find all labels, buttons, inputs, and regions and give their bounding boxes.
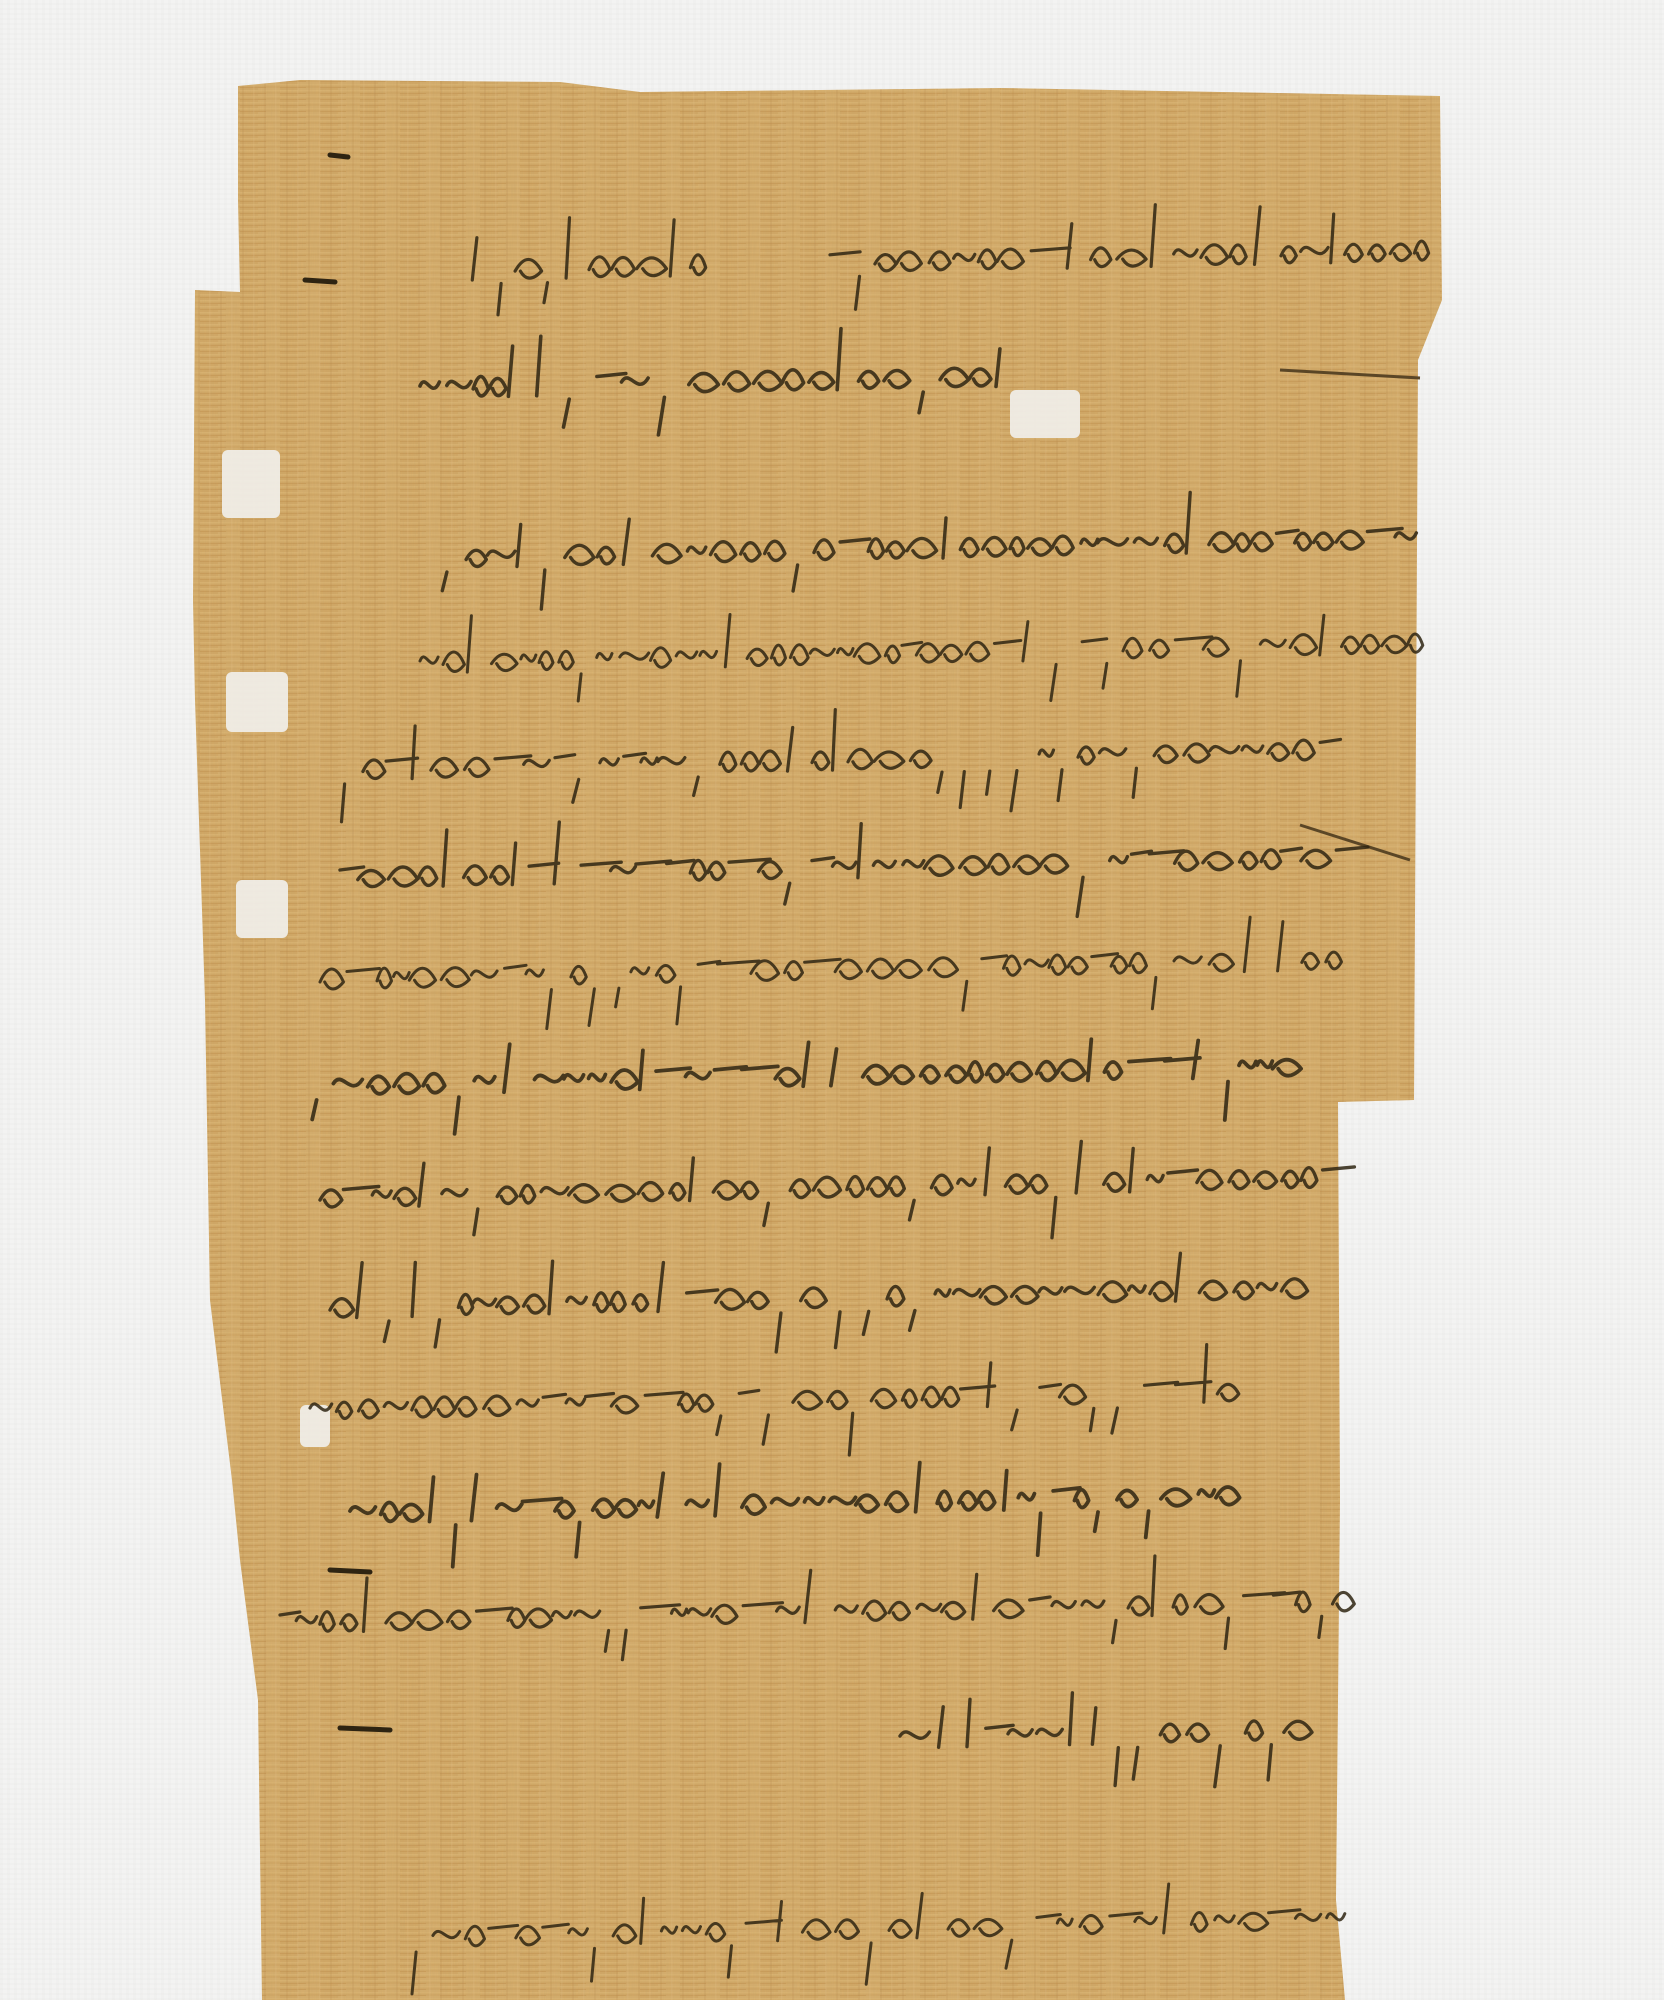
papyrus-hole: [236, 880, 288, 938]
papyrus-hole: [226, 672, 288, 732]
papyrus-fragment: [0, 0, 1664, 2000]
papyrus-hole: [1010, 390, 1080, 438]
fiber-noise: [0, 0, 1664, 2000]
margin-mark: [330, 155, 348, 157]
papyrus-sheet: [0, 0, 1664, 2000]
photo-stage: [0, 0, 1664, 2000]
margin-mark: [305, 280, 335, 282]
margin-mark: [340, 1728, 390, 1730]
margin-mark: [330, 1570, 370, 1572]
papyrus-hole: [222, 450, 280, 518]
